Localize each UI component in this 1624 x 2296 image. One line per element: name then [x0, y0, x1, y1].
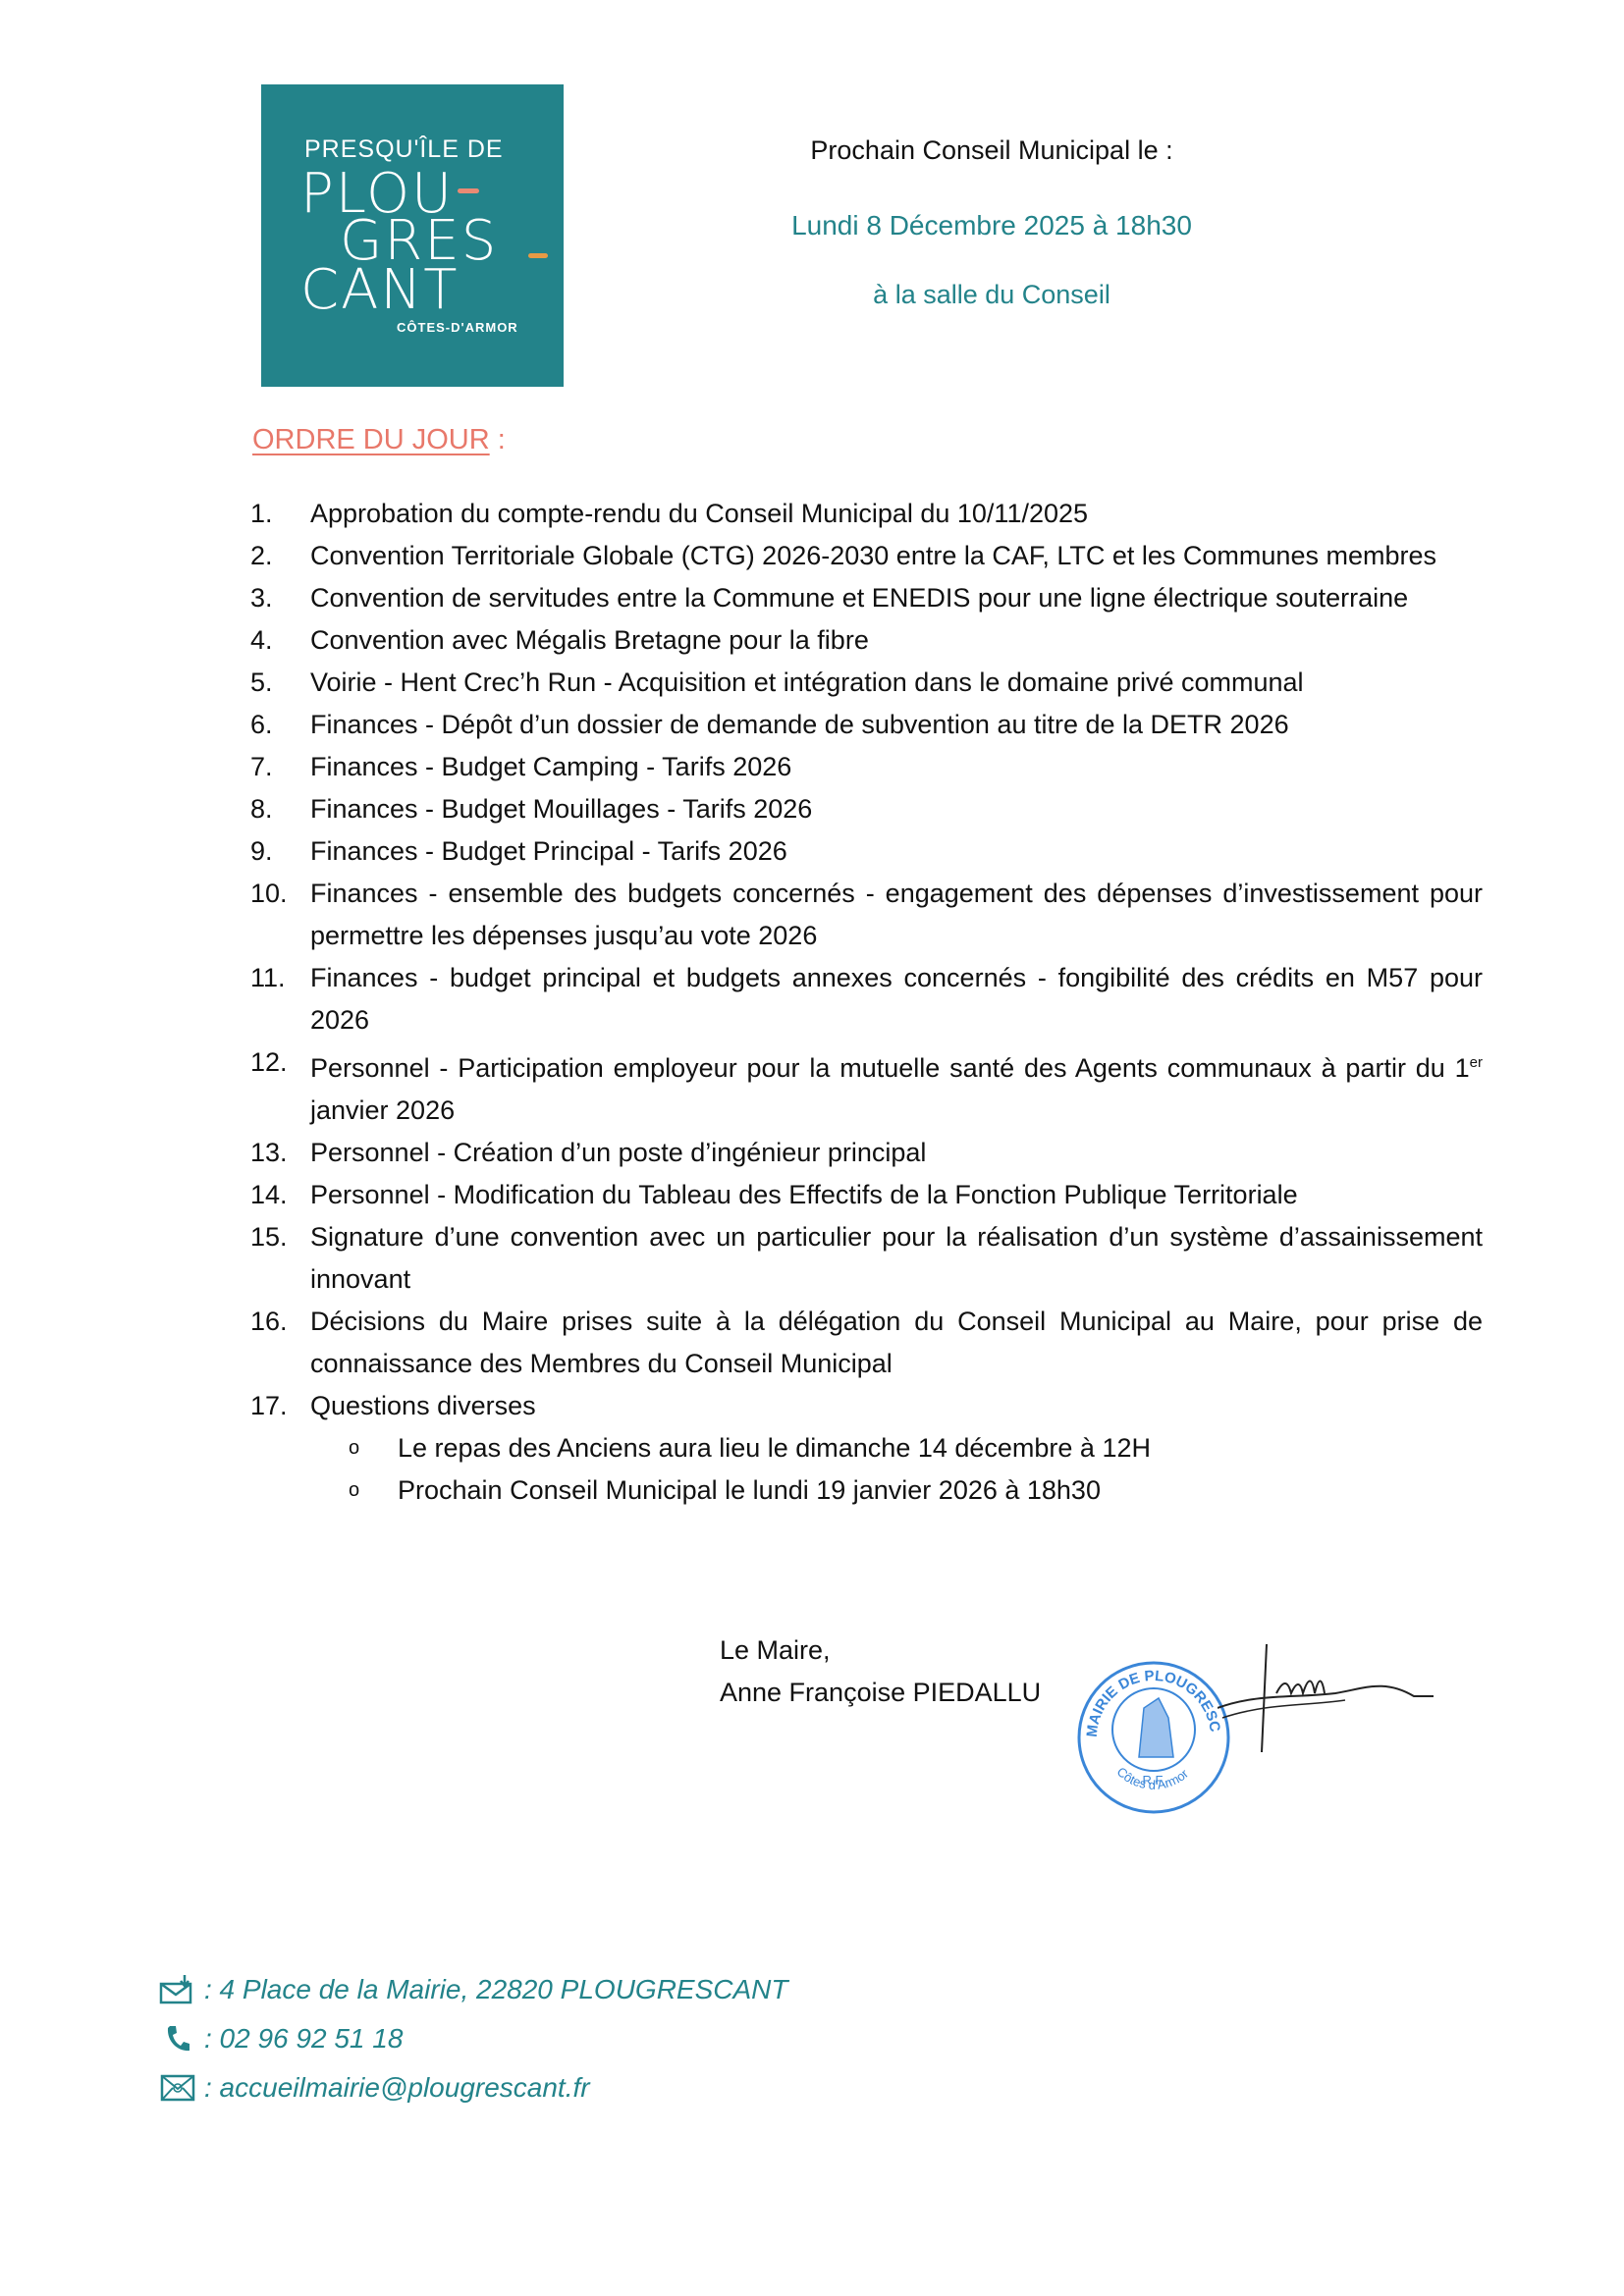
phone-icon [157, 2022, 198, 2056]
agenda-item-number: 17. [250, 1385, 310, 1427]
agenda-title-suffix: : [490, 424, 506, 455]
sub-item-text: Le repas des Anciens aura lieu le dimanc… [398, 1427, 1151, 1469]
handwritten-signature-icon [1218, 1639, 1434, 1757]
agenda-item: 16.Décisions du Maire prises suite à la … [250, 1301, 1483, 1385]
agenda-item-text: Personnel - Modification du Tableau des … [310, 1174, 1483, 1216]
email-text[interactable]: : accueilmairie@plougrescant.fr [204, 2072, 590, 2104]
bullet-icon: o [349, 1469, 398, 1512]
agenda-item-text: Personnel - Participation employeur pour… [310, 1041, 1483, 1132]
agenda-title: ORDRE DU JOUR : [252, 424, 506, 456]
contact-phone: : 02 96 92 51 18 [157, 2022, 403, 2056]
agenda-item-text: Finances - Dépôt d’un dossier de demande… [310, 704, 1483, 746]
agenda-item-text: Approbation du compte-rendu du Conseil M… [310, 493, 1483, 535]
official-stamp-icon: MAIRIE DE PLOUGRESCANT Côtes d'Armor R.F… [1075, 1659, 1232, 1816]
contact-address: : 4 Place de la Mairie, 22820 PLOUGRESCA… [157, 1973, 787, 2006]
agenda-item: 17.Questions diverses [250, 1385, 1483, 1427]
agenda-item-text: Convention de servitudes entre la Commun… [310, 577, 1483, 619]
signature-name: Anne Françoise PIEDALLU [720, 1672, 1041, 1714]
agenda-item-text: Finances - ensemble des budgets concerné… [310, 873, 1483, 957]
agenda-item: 15.Signature d’une convention avec un pa… [250, 1216, 1483, 1301]
bullet-icon: o [349, 1427, 398, 1469]
agenda-item-text: Questions diverses [310, 1385, 1483, 1427]
logo: PRESQU'ÎLE DE PLOU GRES CANT CÔTES-D'ARM… [261, 84, 564, 387]
agenda-item-number: 14. [250, 1174, 310, 1216]
logo-line-5: CÔTES-D'ARMOR [397, 320, 518, 335]
agenda-item-number: 9. [250, 830, 310, 873]
agenda-item-number: 13. [250, 1132, 310, 1174]
agenda-title-text: ORDRE DU JOUR [252, 424, 490, 455]
agenda-item-number: 5. [250, 662, 310, 704]
agenda-item: 4.Convention avec Mégalis Bretagne pour … [250, 619, 1483, 662]
agenda-item: 1.Approbation du compte-rendu du Conseil… [250, 493, 1483, 535]
agenda-item: 14.Personnel - Modification du Tableau d… [250, 1174, 1483, 1216]
agenda-item-text: Convention avec Mégalis Bretagne pour la… [310, 619, 1483, 662]
agenda-item-text: Finances - Budget Camping - Tarifs 2026 [310, 746, 1483, 788]
sub-item: oProchain Conseil Municipal le lundi 19 … [349, 1469, 1483, 1512]
sub-item-text: Prochain Conseil Municipal le lundi 19 j… [398, 1469, 1101, 1512]
agenda-item-text: Signature d’une convention avec un parti… [310, 1216, 1483, 1301]
agenda-item: 12.Personnel - Participation employeur p… [250, 1041, 1483, 1132]
address-text: : 4 Place de la Mairie, 22820 PLOUGRESCA… [204, 1974, 787, 2005]
agenda-item: 5.Voirie - Hent Crec’h Run - Acquisition… [250, 662, 1483, 704]
agenda-item-text: Décisions du Maire prises suite à la dél… [310, 1301, 1483, 1385]
sub-item-list: oLe repas des Anciens aura lieu le diman… [250, 1427, 1483, 1512]
meeting-date: Lundi 8 Décembre 2025 à 18h30 [707, 210, 1276, 241]
agenda-item: 7.Finances - Budget Camping - Tarifs 202… [250, 746, 1483, 788]
agenda-item-text: Convention Territoriale Globale (CTG) 20… [310, 535, 1483, 577]
agenda-item-text: Voirie - Hent Crec’h Run - Acquisition e… [310, 662, 1483, 704]
agenda-item-number: 12. [250, 1041, 310, 1132]
logo-line-1: PRESQU'ÎLE DE [304, 135, 504, 164]
svg-text:R.F.: R.F. [1142, 1773, 1164, 1788]
agenda-item: 6.Finances - Dépôt d’un dossier de deman… [250, 704, 1483, 746]
signature-block: Le Maire, Anne Françoise PIEDALLU [720, 1629, 1041, 1714]
logo-wave-2 [528, 253, 548, 258]
agenda-list: 1.Approbation du compte-rendu du Conseil… [250, 493, 1483, 1512]
agenda-item-number: 7. [250, 746, 310, 788]
agenda-item-number: 11. [250, 957, 310, 1041]
agenda-item-number: 8. [250, 788, 310, 830]
agenda-item-text: Finances - Budget Principal - Tarifs 202… [310, 830, 1483, 873]
logo-wave-1 [458, 188, 479, 193]
agenda-item-number: 4. [250, 619, 310, 662]
agenda-item-text: Personnel - Création d’un poste d’ingéni… [310, 1132, 1483, 1174]
header-intro: Prochain Conseil Municipal le : [707, 135, 1276, 166]
agenda-item: 2.Convention Territoriale Globale (CTG) … [250, 535, 1483, 577]
agenda-item-number: 2. [250, 535, 310, 577]
agenda-item: 9.Finances - Budget Principal - Tarifs 2… [250, 830, 1483, 873]
mail-address-icon [157, 1973, 198, 2006]
agenda-item: 13.Personnel - Création d’un poste d’ing… [250, 1132, 1483, 1174]
contact-email: : accueilmairie@plougrescant.fr [157, 2071, 590, 2105]
agenda-item: 10.Finances - ensemble des budgets conce… [250, 873, 1483, 957]
sub-item: oLe repas des Anciens aura lieu le diman… [349, 1427, 1483, 1469]
agenda-item-number: 1. [250, 493, 310, 535]
agenda-item-text: Finances - budget principal et budgets a… [310, 957, 1483, 1041]
agenda-item-number: 15. [250, 1216, 310, 1301]
agenda-item-text: Finances - Budget Mouillages - Tarifs 20… [310, 788, 1483, 830]
agenda-item-number: 10. [250, 873, 310, 957]
logo-line-4: CANT [300, 263, 460, 318]
agenda-item: 3.Convention de servitudes entre la Comm… [250, 577, 1483, 619]
agenda-item-number: 6. [250, 704, 310, 746]
meeting-place: à la salle du Conseil [707, 280, 1276, 310]
email-icon [157, 2071, 198, 2105]
phone-text[interactable]: : 02 96 92 51 18 [204, 2023, 403, 2055]
agenda-item-number: 16. [250, 1301, 310, 1385]
agenda-item: 8.Finances - Budget Mouillages - Tarifs … [250, 788, 1483, 830]
signature-role: Le Maire, [720, 1629, 1041, 1672]
agenda-item: 11.Finances - budget principal et budget… [250, 957, 1483, 1041]
agenda-item-number: 3. [250, 577, 310, 619]
